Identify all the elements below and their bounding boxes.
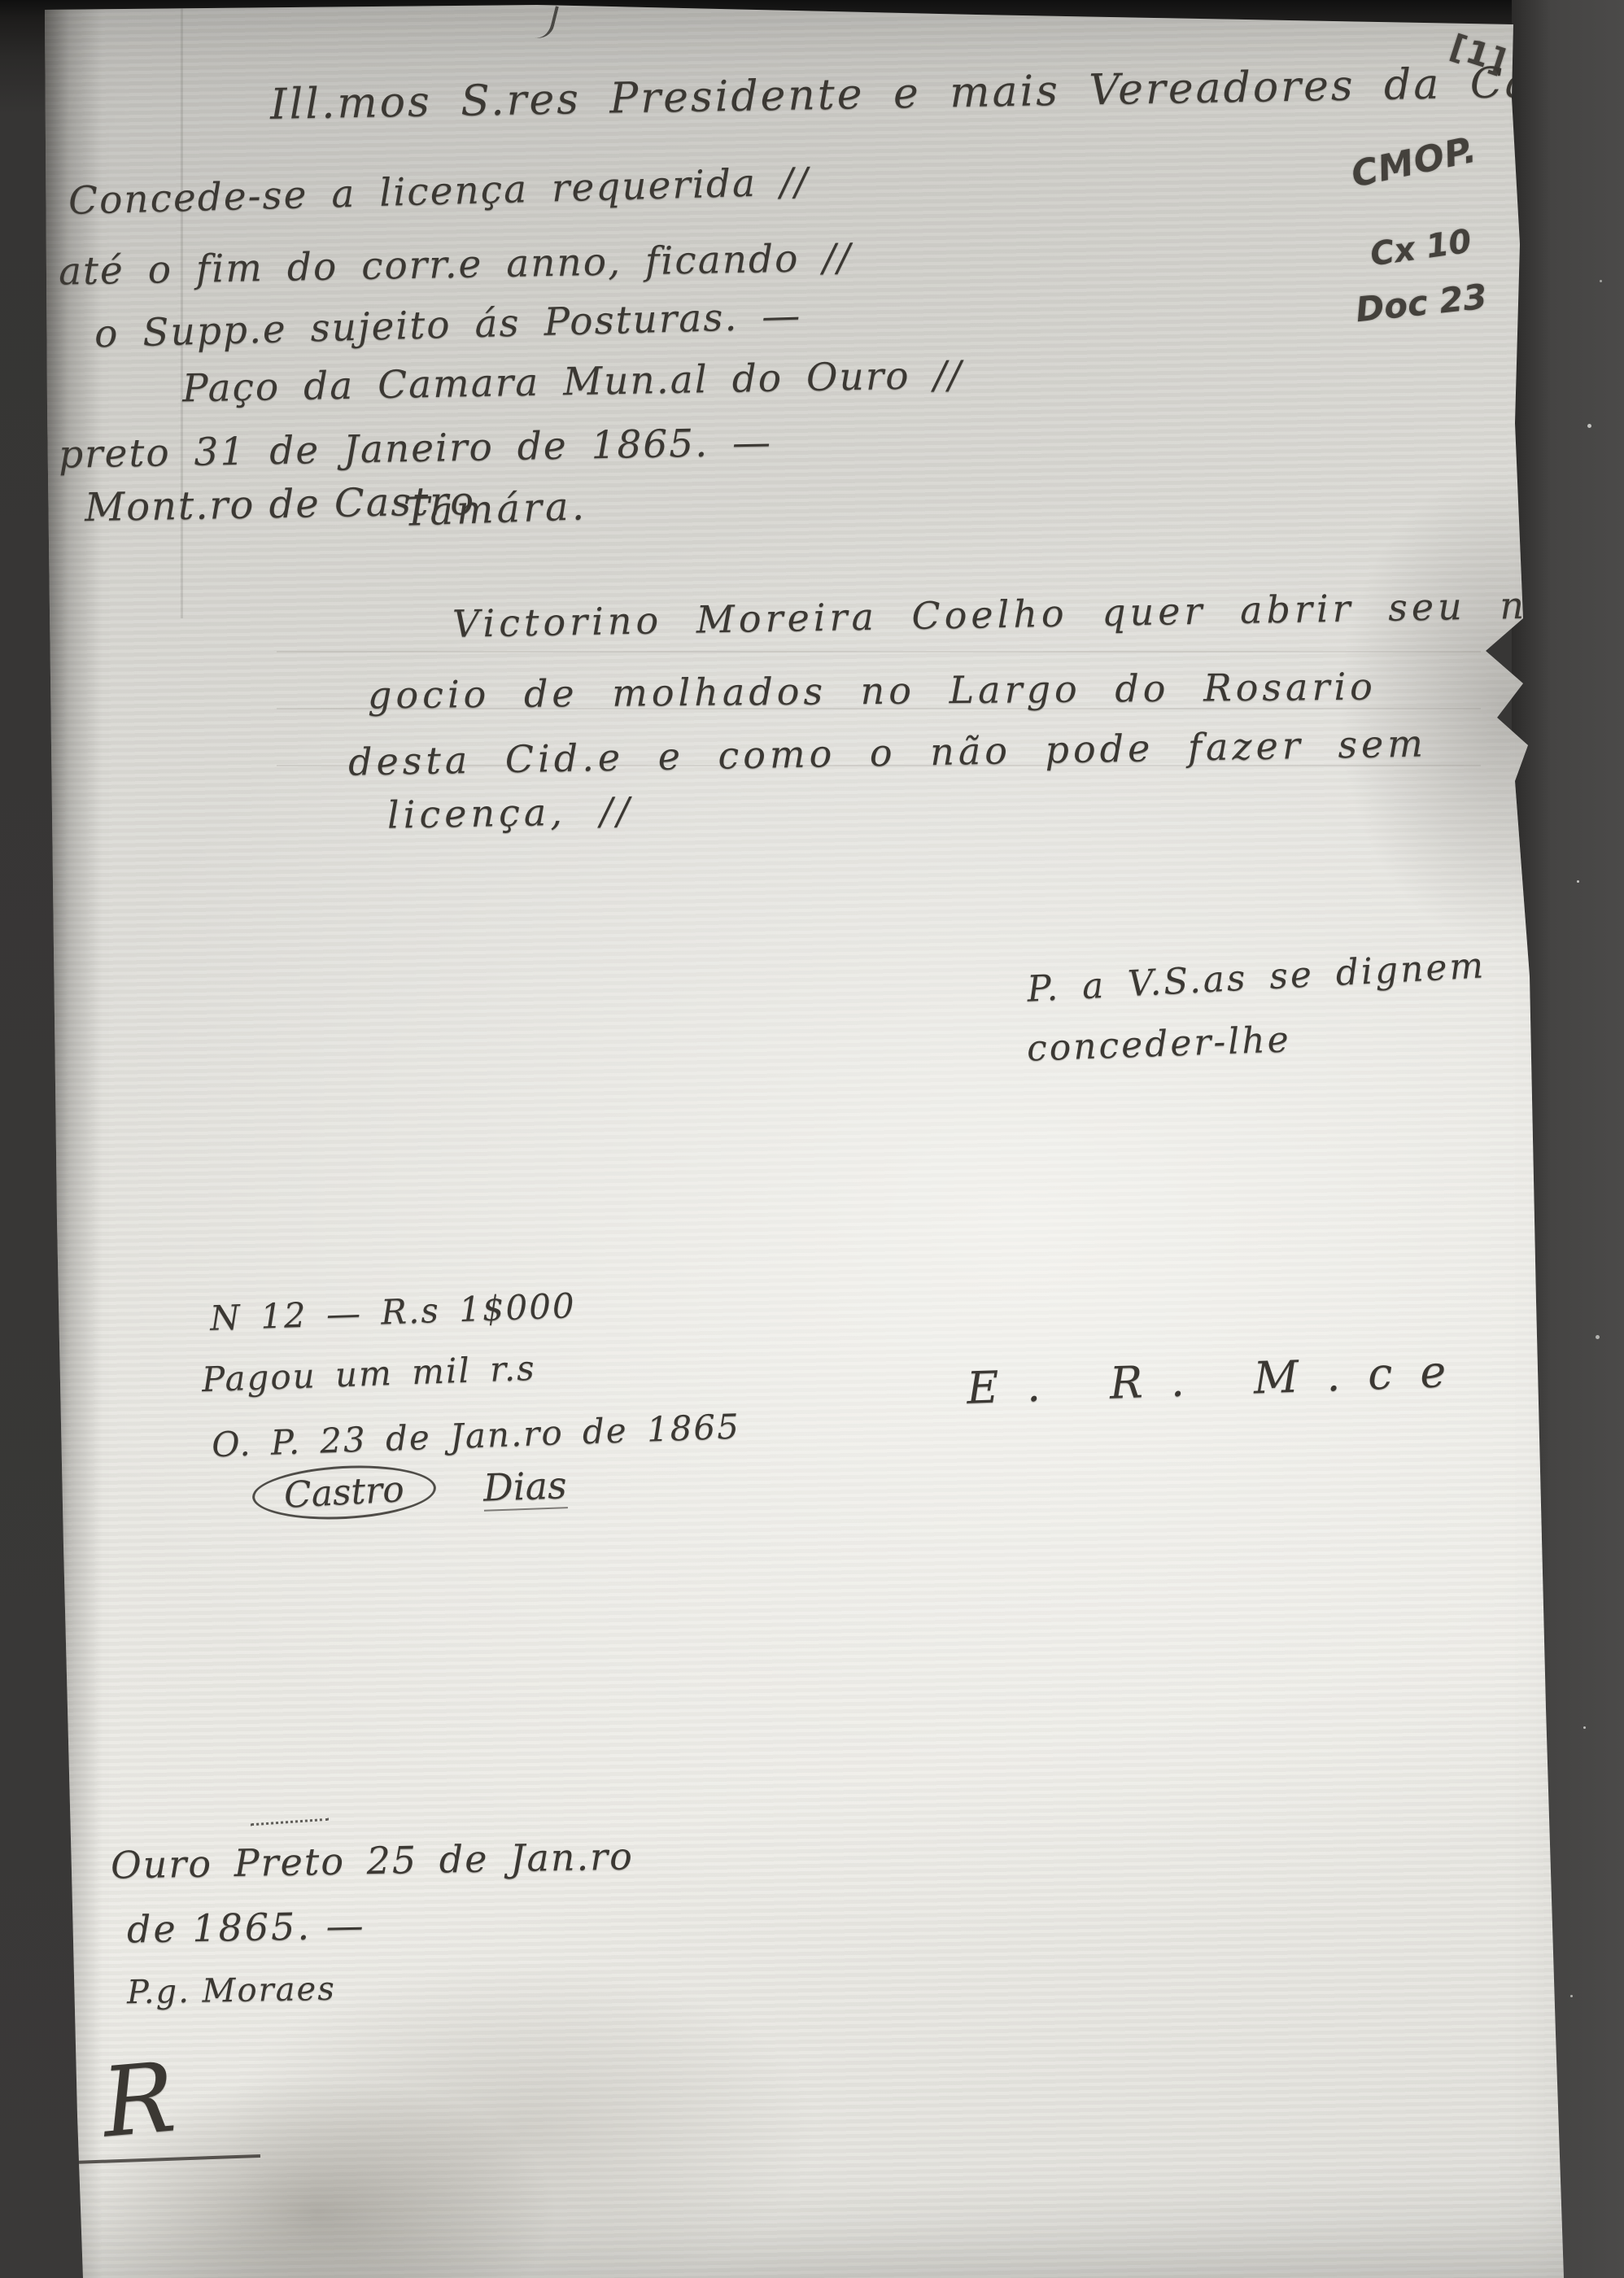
left-fold-shadow	[42, 0, 103, 2278]
registration-line: P.g. Moraes	[127, 1970, 337, 2011]
fee-signature-dias: Dias	[482, 1463, 568, 1512]
fee-note-line: Pagou um mil r.s	[201, 1348, 536, 1399]
registration-line: Ouro Preto 25 de Jan.ro	[111, 1834, 635, 1887]
dispatch-line: Concede-se a licença requerida //	[68, 159, 810, 224]
stray-ink-stroke	[526, 1, 559, 41]
dispatch-line: preto 31 de Janeiro de 1865. —	[59, 420, 773, 477]
request-formula-line: P. a V.S.as se dignem	[1026, 945, 1486, 1010]
registration-line: de 1865. —	[127, 1903, 367, 1951]
fee-note-line: N 12 — R.s 1$000	[209, 1285, 576, 1338]
faint-ruling-line	[277, 651, 1481, 652]
petition-line: licença, //	[387, 788, 634, 836]
salutation-line: Ill.mos S.res Presidente e mais Vereador…	[270, 56, 1624, 129]
petition-line: gocio de molhados no Largo do Rosario	[368, 665, 1377, 718]
fee-signature-castro-circled: Castro	[251, 1461, 437, 1524]
pencil-collection-mark: CMOP.	[1347, 129, 1480, 195]
dispatch-line: até o fim do corr.e anno, ficando //	[59, 235, 853, 294]
dotted-flourish	[251, 1818, 329, 1826]
manuscript-paper: [1] CMOP. Cx 10 Doc 23 Ill.mos S.res Pre…	[0, 0, 1624, 2278]
dispatch-line: o Supp.e sujeito ás Posturas. —	[94, 294, 802, 357]
closing-formula-erm: E. R. M.ce	[966, 1345, 1474, 1414]
rubric-initial: R	[98, 2040, 180, 2158]
dispatch-signature-tamara: Tamára.	[403, 483, 588, 535]
petition-line: Victorino Moreira Coelho quer abrir seu …	[452, 583, 1555, 646]
fee-note-line: O. P. 23 de Jan.ro de 1865	[211, 1407, 740, 1465]
petition-line: desta Cid.e e como o não pode fazer sem	[348, 721, 1428, 783]
scanned-manuscript-page: [1] CMOP. Cx 10 Doc 23 Ill.mos S.res Pre…	[0, 0, 1624, 2278]
pencil-document-number: Doc 23	[1354, 277, 1489, 330]
dispatch-line: Paço da Camara Mun.al do Ouro //	[182, 353, 963, 412]
request-formula-line: conceder-lhe	[1026, 1019, 1291, 1069]
pencil-box-number: Cx 10	[1368, 223, 1473, 274]
dust-speckles	[0, 0, 2, 2]
